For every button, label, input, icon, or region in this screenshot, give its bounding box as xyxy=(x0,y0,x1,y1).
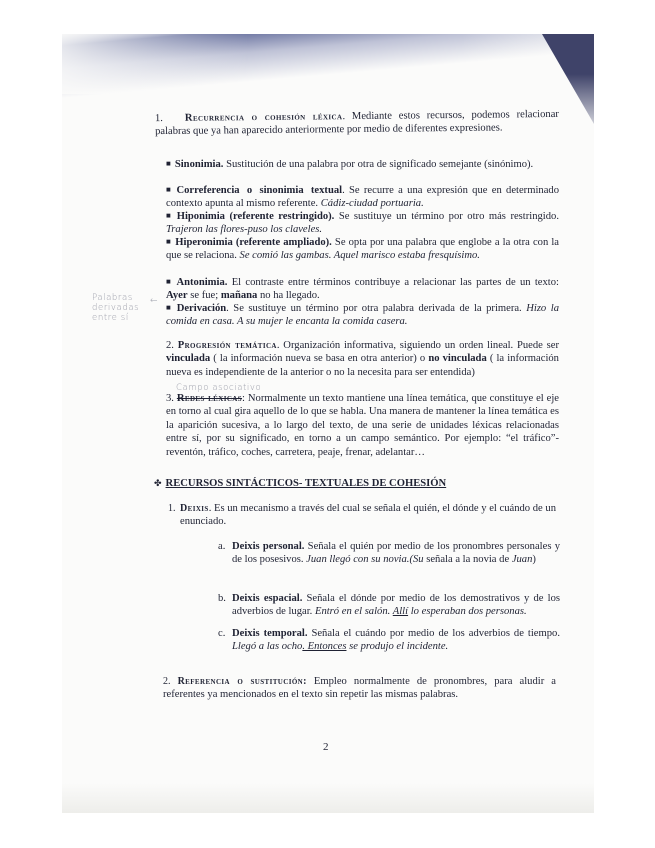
list-item-sinonimia: ■Sinonimia. Sustitución de una palabra p… xyxy=(166,157,559,171)
example-mid: se fue; xyxy=(188,290,221,301)
section-1-title: Recurrencia o cohesión léxica xyxy=(185,111,343,124)
item-letter: a. xyxy=(218,540,225,553)
list-item-antonimia: ■Antonimia. El contraste entre términos … xyxy=(166,275,559,303)
list-item-hiponimia: ■Hiponimia (referente restringido). Se s… xyxy=(166,209,559,237)
section-title: Progresión temática xyxy=(178,340,277,351)
term: Antonimia. xyxy=(176,277,227,288)
ornament-bullet-icon: ✤ xyxy=(154,478,162,488)
example-word-manana: mañana xyxy=(221,290,258,301)
example: Se comió las gambas. Aquel marisco estab… xyxy=(240,250,480,261)
document-content: 1.Recurrencia o cohesión léxica. Mediant… xyxy=(0,0,655,848)
definition: Sustitución de una palabra por otra de s… xyxy=(223,159,533,170)
square-bullet-icon: ■ xyxy=(166,159,171,168)
item-letter: b. xyxy=(218,592,226,605)
section-number: 2. xyxy=(166,340,174,351)
section-progresion-tematica: 2. Progresión temática. Organización inf… xyxy=(166,339,559,379)
handwritten-margin-note: Palabras derivadas entre sí xyxy=(92,293,139,323)
section-1-intro: 1.Recurrencia o cohesión léxica. Mediant… xyxy=(155,108,559,139)
page-number: 2 xyxy=(323,741,329,754)
example: se produjo el incidente. xyxy=(346,641,448,652)
term: Hiperonimia (referente ampliado). xyxy=(175,237,332,248)
square-bullet-icon: ■ xyxy=(166,237,171,246)
term: Derivación xyxy=(177,303,226,314)
section-number: 2. xyxy=(163,676,171,687)
list-item-derivacion: ■Derivación. Se sustituye un término por… xyxy=(166,301,559,329)
text: . Es un mecanismo a través del cual se s… xyxy=(180,503,556,527)
term: Deixis espacial. xyxy=(232,593,302,604)
example-word-ayer: Ayer xyxy=(166,290,188,301)
square-bullet-icon: ■ xyxy=(166,277,172,286)
list-item-correferencia: ■Correferencia o sinonimia textual. Se r… xyxy=(166,183,559,211)
section-referencia: 2. Referencia o sustitución: Empleo norm… xyxy=(163,675,556,702)
term: Sinonimia. xyxy=(175,159,224,170)
section-title: Deixis xyxy=(180,503,209,514)
example: Juan xyxy=(512,554,533,565)
handwritten-arrow-icon: ← xyxy=(150,296,158,306)
deixis-item-personal: a.Deixis personal. Señala el quién por m… xyxy=(232,540,560,567)
example: lo esperaban dos personas. xyxy=(408,606,527,617)
definition: . Se sustituye un término por otra palab… xyxy=(226,303,526,314)
square-bullet-icon: ■ xyxy=(166,185,172,194)
list-item-hiperonimia: ■Hiperonimia (referente ampliado). Se op… xyxy=(166,235,559,263)
example: ) xyxy=(532,554,536,565)
term: Correferencia o sinonimia textual xyxy=(176,185,342,196)
definition: El contraste entre términos contribuye a… xyxy=(227,277,559,288)
square-bullet-icon: ■ xyxy=(166,211,173,220)
deixis-item-temporal: c.Deixis temporal. Señala el cuándo por … xyxy=(232,627,560,654)
term: Deixis temporal. xyxy=(232,628,307,639)
part-2-heading: ✤RECURSOS SINTÁCTICOS- TEXTUALES DE COHE… xyxy=(154,477,574,490)
example: Juan llegó con su novia. xyxy=(306,554,409,565)
definition: Señala el cuándo por medio de los adverb… xyxy=(307,628,560,639)
example: (Su xyxy=(409,554,423,565)
section-title-struck: Redes léxicas xyxy=(177,393,242,404)
section-number: 3. xyxy=(166,393,174,404)
example: señala a la novia de xyxy=(424,554,512,565)
section-redes-lexicas: 3. Redes léxicas: Normalmente un texto m… xyxy=(166,392,559,459)
text: ( la información nueva se basa en otra a… xyxy=(210,353,428,364)
example-tail: no ha llegado. xyxy=(257,290,319,301)
example-underlined: . Entonces xyxy=(302,641,346,652)
note-line: derivadas xyxy=(92,303,139,313)
example: Llegó a las ocho xyxy=(232,641,302,652)
term: Hiponimia (referente restringido). xyxy=(177,211,335,222)
definition: Se sustituye un término por otro más res… xyxy=(334,211,559,222)
square-bullet-icon: ■ xyxy=(166,303,173,312)
section-title: Referencia o sustitución: xyxy=(178,676,307,687)
example: Entró en el salón. xyxy=(315,606,393,617)
item-letter: c. xyxy=(218,627,225,640)
section-1-number: 1. xyxy=(155,113,163,124)
heading-text: RECURSOS SINTÁCTICOS- TEXTUALES DE COHES… xyxy=(166,478,447,489)
example-underlined: Allí xyxy=(393,606,408,617)
note-line: entre sí xyxy=(92,313,139,323)
section-number: 1. xyxy=(168,502,176,515)
example: Cádiz-ciudad portuaria. xyxy=(321,198,424,209)
term: Deixis personal. xyxy=(232,541,304,552)
example: Trajeron las flores-puso los claveles. xyxy=(166,224,322,235)
term-vinculada: vinculada xyxy=(166,353,210,364)
term-no-vinculada: no vinculada xyxy=(428,353,486,364)
section-deixis: 1.Deixis. Es un mecanismo a través del c… xyxy=(180,502,556,529)
note-line: Palabras xyxy=(92,293,139,303)
deixis-item-espacial: b.Deixis espacial. Señala el dónde por m… xyxy=(232,592,560,619)
text: . Organización informativa, siguiendo un… xyxy=(277,340,559,351)
